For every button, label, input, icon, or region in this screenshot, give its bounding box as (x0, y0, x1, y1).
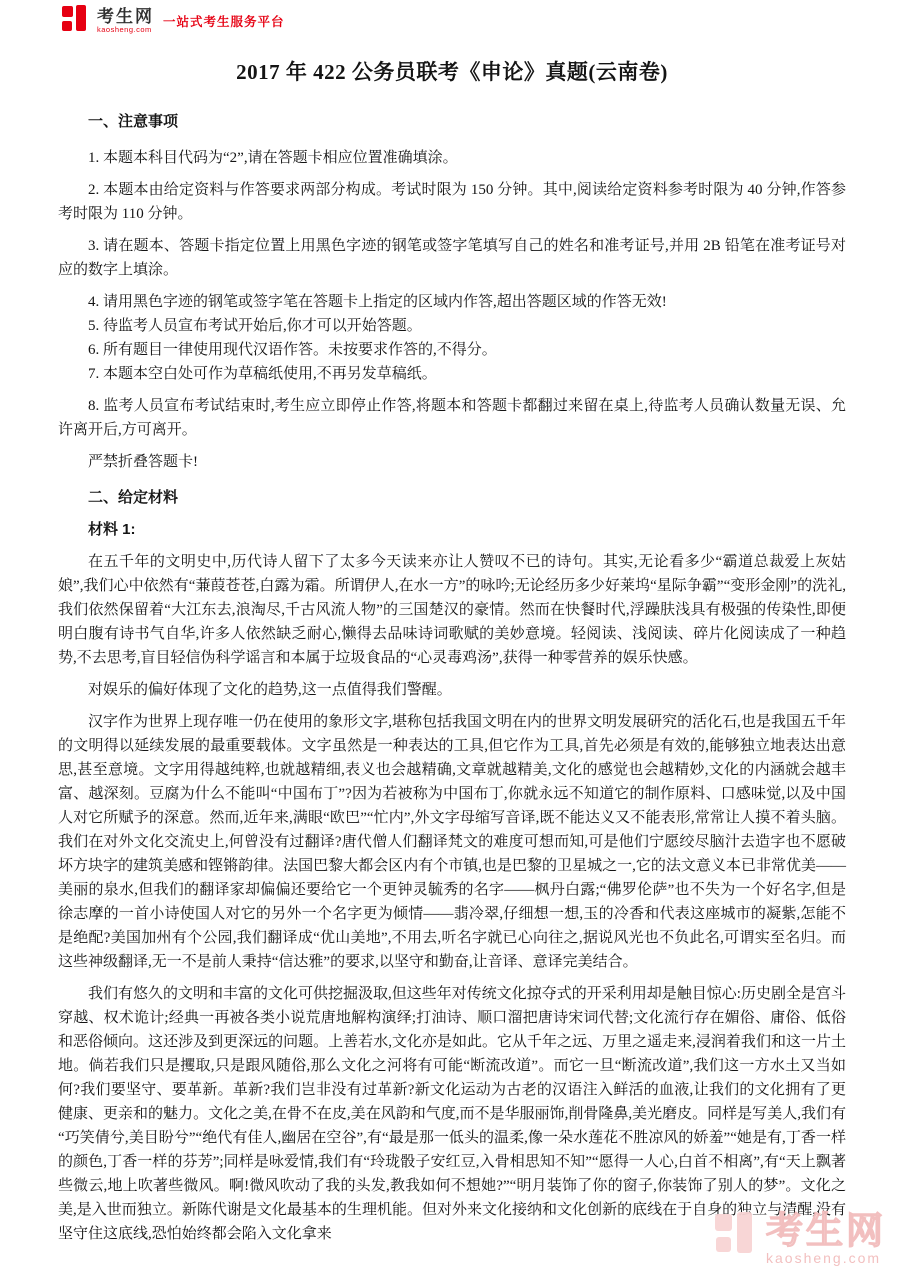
logo-block-icon (715, 1214, 732, 1231)
notice-item-8: 8. 监考人员宣布考试结束时,考生应立即停止作答,将题本和答题卡都翻过来留在桌上… (58, 394, 846, 442)
kaosheng-watermark: 考生网 kaosheng.com (715, 1212, 886, 1265)
page-title: 2017 年 422 公务员联考《申论》真题(云南卷) (58, 56, 846, 86)
watermark-text: 考生网 kaosheng.com (766, 1212, 886, 1265)
material-paragraph: 对娱乐的偏好体现了文化的趋势,这一点值得我们警醒。 (58, 678, 846, 702)
logo-block-icon (62, 21, 72, 31)
notice-item-7: 7. 本题本空白处可作为草稿纸使用,不再另发草稿纸。 (58, 362, 846, 386)
brand-name: 考生网 (97, 8, 154, 25)
document-page: 考生网 kaosheng.com 一站式考生服务平台 2017 年 422 公务… (0, 0, 900, 1273)
material-paragraph: 我们有悠久的文明和丰富的文化可供挖掘汲取,但这些年对传统文化掠夺式的开采利用却是… (58, 982, 846, 1246)
brand-domain: kaosheng.com (97, 26, 154, 34)
notice-item-6: 6. 所有题目一律使用现代汉语作答。未按要求作答的,不得分。 (58, 338, 846, 362)
notice-item-1: 1. 本题本科目代码为“2”,请在答题卡相应位置准确填涂。 (58, 146, 846, 170)
kaosheng-logo-icon (62, 5, 88, 33)
watermark-brand-name: 考生网 (766, 1212, 886, 1249)
material-paragraph: 在五千年的文明史中,历代诗人留下了太多今天读来亦让人赞叹不已的诗句。其实,无论看… (58, 550, 846, 670)
notice-item-3: 3. 请在题本、答题卡指定位置上用黑色字迹的钢笔或签字笔填写自己的姓名和准考证号… (58, 234, 846, 282)
material-1-label: 材料 1: (58, 518, 846, 542)
watermark-logo-icon (715, 1212, 757, 1260)
logo-block-icon (737, 1212, 752, 1253)
materials-heading: 二、给定材料 (58, 486, 846, 510)
logo-block-icon (62, 6, 73, 17)
notice-item-5: 5. 待监考人员宣布考试开始后,你才可以开始答题。 (58, 314, 846, 338)
document-content: 2017 年 422 公务员联考《申论》真题(云南卷) 一、注意事项 1. 本题… (58, 48, 846, 1246)
logo-block-icon (76, 5, 86, 31)
notice-warning: 严禁折叠答题卡! (58, 450, 846, 474)
logo-block-icon (716, 1237, 731, 1252)
brand-text: 考生网 kaosheng.com (97, 8, 154, 34)
notice-item-4: 4. 请用黑色字迹的钢笔或签字笔在答题卡上指定的区域内作答,超出答题区域的作答无… (58, 290, 846, 314)
watermark-brand-domain: kaosheng.com (766, 1251, 886, 1265)
material-paragraph: 汉字作为世界上现存唯一仍在使用的象形文字,堪称包括我国文明在内的世界文明发展研究… (58, 710, 846, 974)
notice-heading: 一、注意事项 (58, 110, 846, 134)
notice-item-2: 2. 本题本由给定资料与作答要求两部分构成。考试时限为 150 分钟。其中,阅读… (58, 178, 846, 226)
brand-tagline: 一站式考生服务平台 (163, 12, 285, 33)
brand-header: 考生网 kaosheng.com 一站式考生服务平台 (62, 5, 285, 33)
